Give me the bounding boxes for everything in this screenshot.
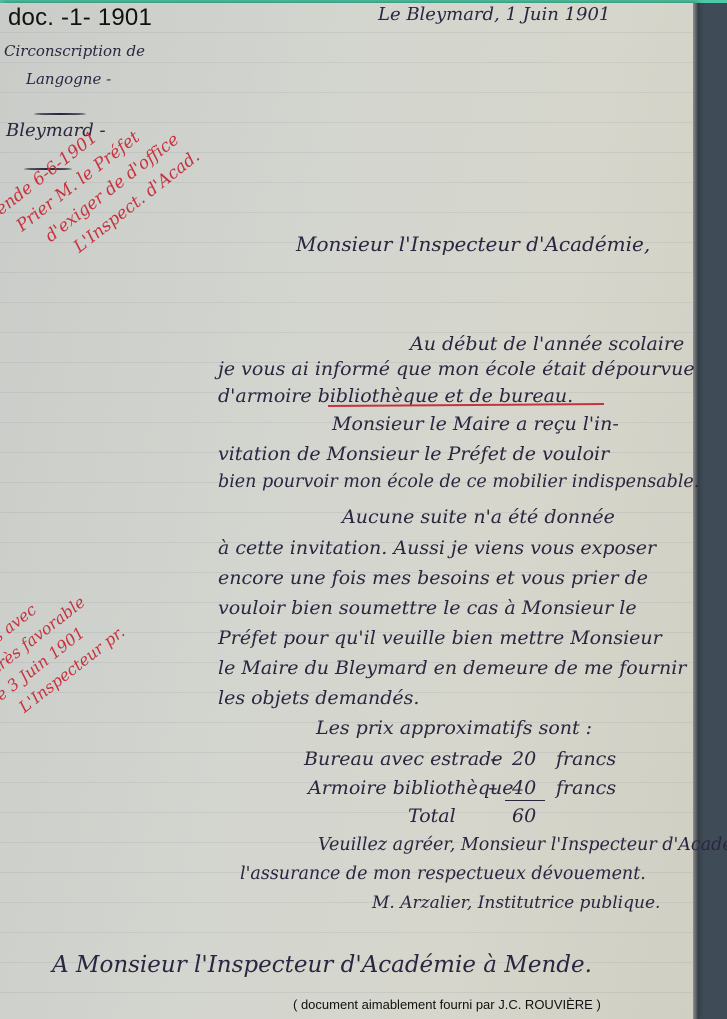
header-langogne: Langogne - — [26, 70, 111, 88]
body-line: les objets demandés. — [218, 687, 419, 709]
closing-line: l'assurance de mon respectueux dévouemen… — [240, 864, 646, 884]
salutation: Monsieur l'Inspecteur d'Académie, — [296, 232, 650, 256]
price-unit: francs — [556, 777, 616, 799]
signature: M. Arzalier, Institutrice publique. — [372, 893, 660, 913]
body-line: je vous ai informé que mon école était d… — [218, 358, 695, 380]
price-label: Armoire bibliothèque — [308, 777, 513, 799]
body-line: Au début de l'année scolaire — [410, 333, 684, 355]
sum-underline — [505, 800, 545, 801]
price-label: Bureau avec estrade — [304, 748, 503, 770]
body-line: encore une fois mes besoins et vous prie… — [218, 567, 648, 589]
body-line: Aucune suite n'a été donnée — [342, 506, 615, 528]
body-line: Monsieur le Maire a reçu l'in- — [332, 413, 619, 435]
document-caption: doc. -1- 1901 — [8, 4, 152, 32]
header-divider — [34, 113, 86, 115]
price-unit: francs — [556, 748, 616, 770]
price-amount: 40 — [512, 777, 536, 799]
body-line: Préfet pour qu'il veuille bien mettre Mo… — [218, 627, 662, 649]
body-line: bien pourvoir mon école de ce mobilier i… — [218, 472, 699, 492]
closing-line: Veuillez agréer, Monsieur l'Inspecteur d… — [318, 835, 727, 855]
body-line: vitation de Monsieur le Préfet de vouloi… — [218, 443, 609, 465]
total-amount: 60 — [512, 805, 536, 827]
total-label: Total — [408, 805, 456, 827]
address-line: A Monsieur l'Inspecteur d'Académie à Men… — [52, 952, 592, 978]
credit-line: ( document aimablement fourni par J.C. R… — [293, 997, 601, 1012]
price-amount: 20 — [512, 748, 536, 770]
body-line: vouloir bien soumettre le cas à Monsieur… — [218, 597, 637, 619]
page-edge-shadow — [693, 3, 699, 1019]
header-circonscription: Circonscription de — [4, 42, 145, 60]
prices-intro: Les prix approximatifs sont : — [316, 717, 592, 739]
place-date: Le Bleymard, 1 Juin 1901 — [378, 4, 610, 25]
body-line: le Maire du Bleymard en demeure de me fo… — [218, 657, 686, 679]
body-line: à cette invitation. Aussi je viens vous … — [218, 537, 656, 559]
